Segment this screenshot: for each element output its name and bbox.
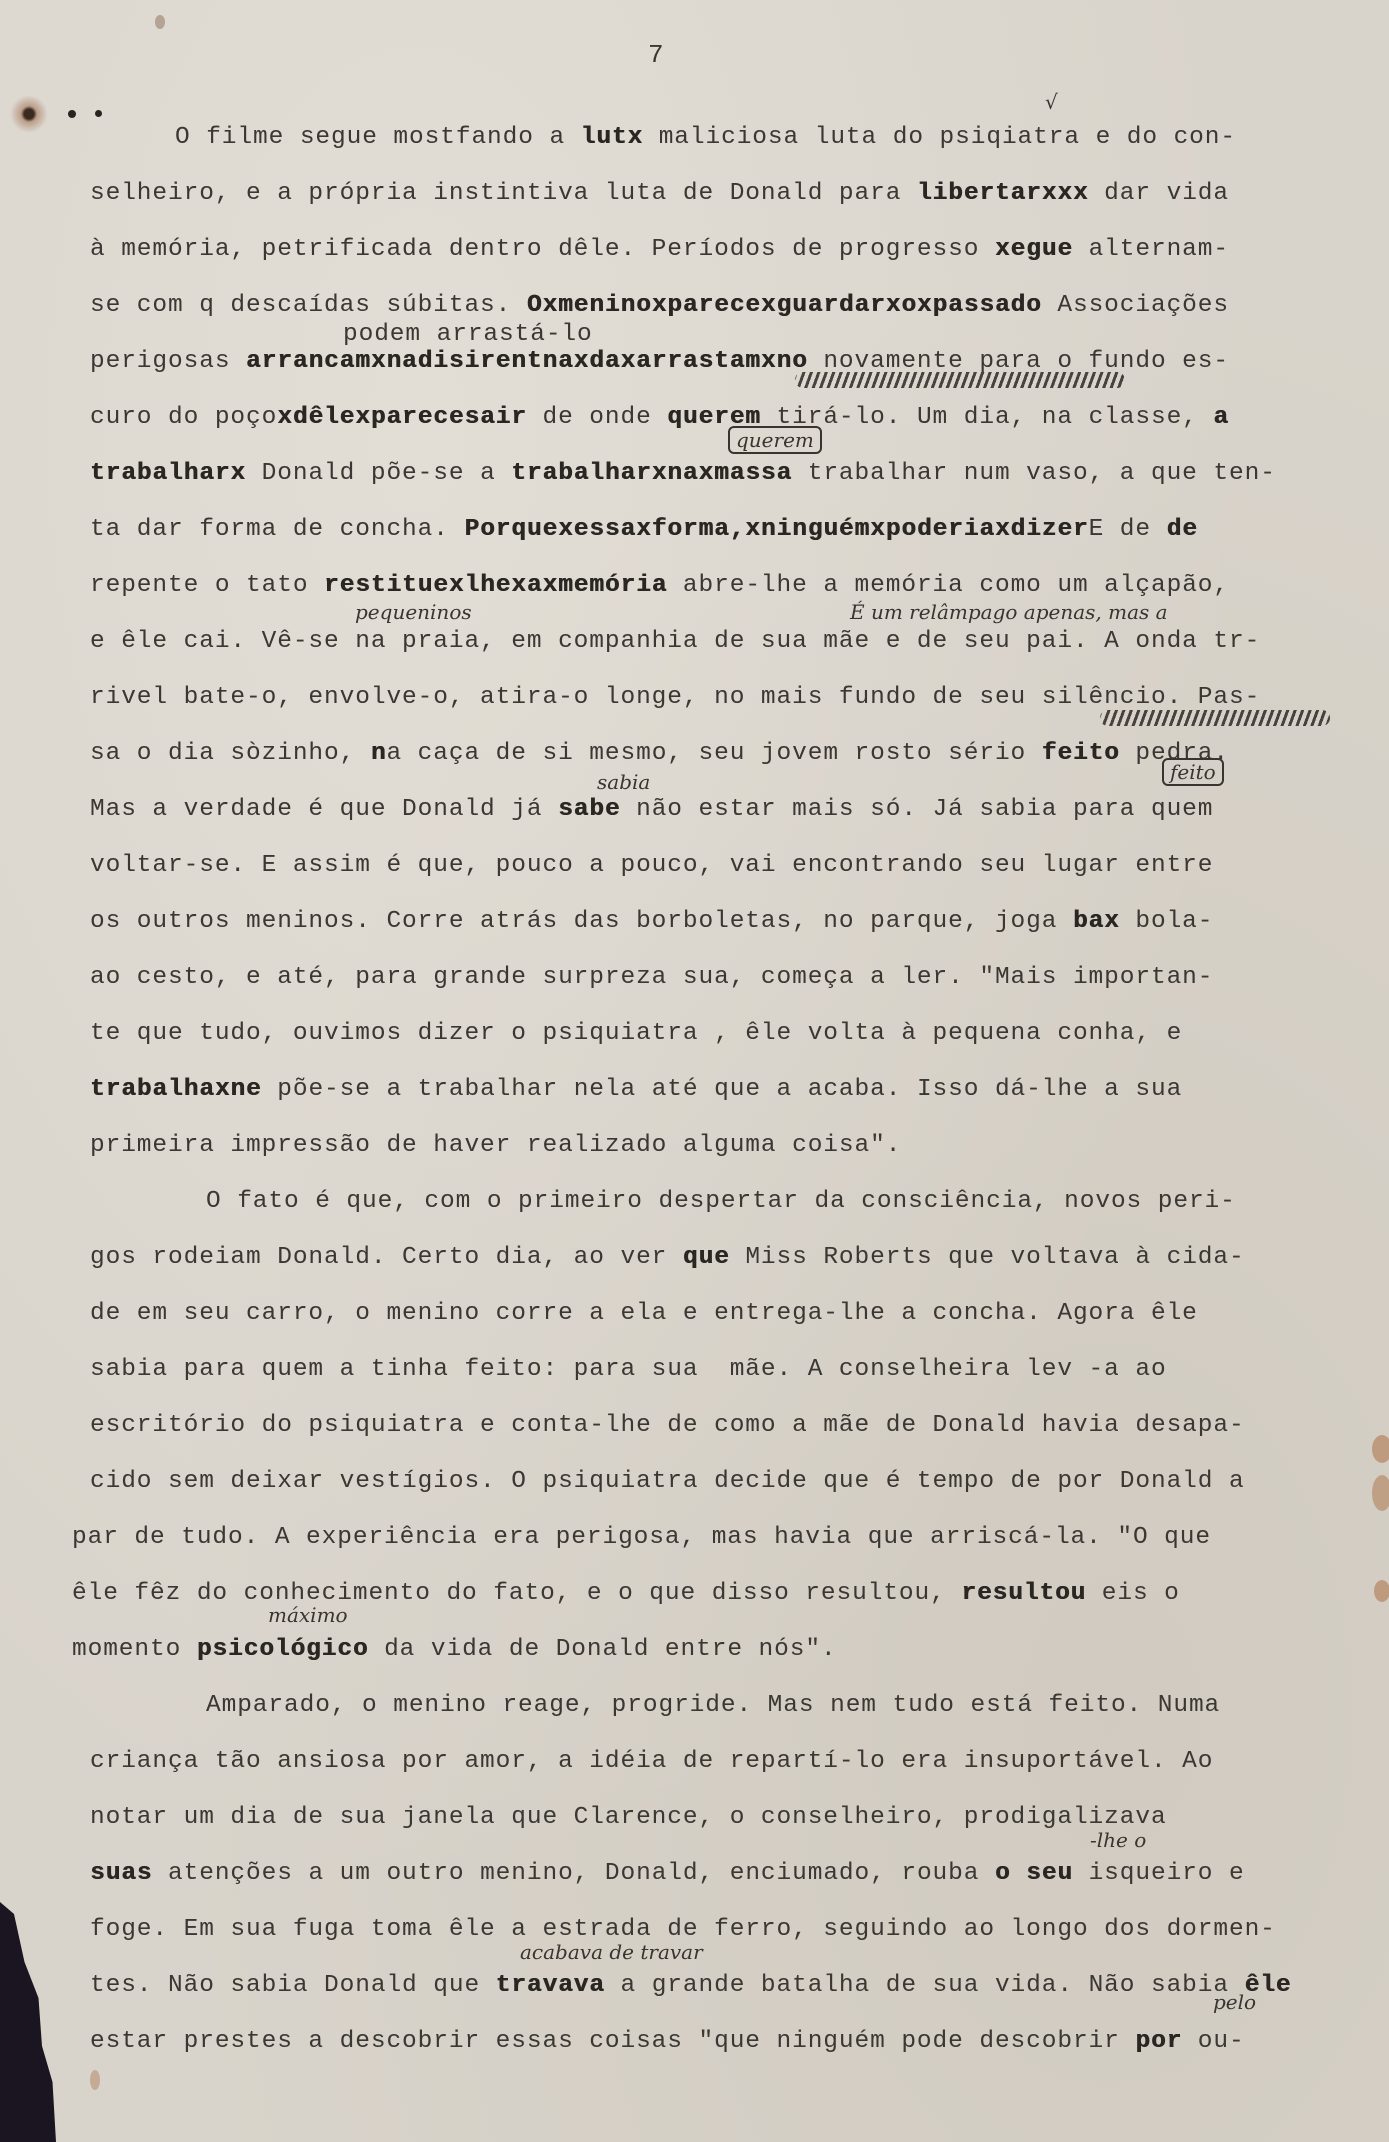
stain-left-top <box>10 95 48 133</box>
stain-right-2 <box>1372 1475 1389 1511</box>
typed-text: bola- <box>1120 908 1214 935</box>
typed-text: par de tudo. A experiência era perigosa,… <box>72 1524 1211 1551</box>
struck-out-text: travava <box>496 1972 605 1999</box>
struck-out-text: trabalhaxne <box>90 1076 262 1103</box>
typed-text: não estar mais só. Já sabia para quem <box>621 796 1214 823</box>
typed-text: atenções a um outro menino, Donald, enci… <box>152 1860 995 1887</box>
page-number: 7 <box>648 40 664 70</box>
handwritten-note: máximo <box>268 1603 348 1627</box>
text-line: notar um dia de sua janela que Clarence,… <box>90 1803 1167 1833</box>
typed-text: momento <box>72 1636 197 1663</box>
typed-text: os outros meninos. Corre atrás das borbo… <box>90 908 1073 935</box>
ink-scribble <box>795 372 1125 388</box>
typed-text: Miss Roberts que voltava à cida- <box>730 1244 1245 1271</box>
typed-text: sa o dia sòzinho, <box>90 740 371 767</box>
typed-text: se com q descaídas súbitas. <box>90 292 527 319</box>
text-line: sabia para quem a tinha feito: para sua … <box>90 1355 1167 1385</box>
text-line: ao cesto, e até, para grande surpreza su… <box>90 963 1213 993</box>
text-line: selheiro, e a própria instintiva luta de… <box>90 179 1229 209</box>
typed-text: estar prestes a descobrir essas coisas "… <box>90 2028 1135 2055</box>
text-line: suas atenções a um outro menino, Donald,… <box>90 1859 1245 1889</box>
struck-out-text: suas <box>90 1860 152 1887</box>
typed-text: Donald põe-se a <box>246 460 511 487</box>
stain-bottom-left <box>90 2070 100 2090</box>
typed-text: a grande batalha de sua vida. Não sabia <box>605 1972 1245 1999</box>
text-line: sa o dia sòzinho, na caça de si mesmo, s… <box>90 739 1229 769</box>
text-line: os outros meninos. Corre atrás das borbo… <box>90 907 1213 937</box>
typed-text: curo do poço <box>90 404 277 431</box>
typed-text: podem arrastá-lo <box>343 321 593 348</box>
text-line: curo do poçoxdêlexparecesair de onde que… <box>90 403 1229 433</box>
handwritten-note: pequeninos <box>355 600 472 624</box>
struck-out-text: trabalharxnaxmassa <box>511 460 792 487</box>
typed-text: ao cesto, e até, para grande surpreza su… <box>90 964 1213 991</box>
typed-text: O fato é que, com o primeiro despertar d… <box>206 1188 1236 1215</box>
punch-dot-1 <box>68 110 76 118</box>
typed-text: sabia para quem a tinha feito: para sua … <box>90 1356 1167 1383</box>
struck-out-text: sabe <box>558 796 620 823</box>
struck-out-text: xegue <box>995 236 1073 263</box>
text-line: à memória, petrificada dentro dêle. Perí… <box>90 235 1229 265</box>
handwritten-note: -lhe o <box>1090 1828 1146 1852</box>
text-line: Amparado, o menino reage, progride. Mas … <box>206 1691 1220 1721</box>
typed-text: êle fêz do conhecimento do fato, e o que… <box>72 1580 961 1607</box>
text-line: O fato é que, com o primeiro despertar d… <box>206 1187 1236 1217</box>
text-line: trabalhaxne põe-se a trabalhar nela até … <box>90 1075 1182 1105</box>
typed-text: selheiro, e a própria instintiva luta de… <box>90 180 917 207</box>
struck-out-text: por <box>1135 2028 1182 2055</box>
typed-text: Amparado, o menino reage, progride. Mas … <box>206 1692 1220 1719</box>
typed-text: cido sem deixar vestígios. O psiquiatra … <box>90 1468 1245 1495</box>
torn-edge-shadow <box>0 1902 70 2142</box>
stain-right-1 <box>1372 1435 1389 1463</box>
text-line: tes. Não sabia Donald que travava a gran… <box>90 1971 1291 2001</box>
struck-out-text: restituexlhexaxmemória <box>324 572 667 599</box>
typed-text: O filme segue mostfando a <box>175 124 581 151</box>
typed-text: voltar-se. E assim é que, pouco a pouco,… <box>90 852 1213 879</box>
typed-text: ta dar forma de concha. <box>90 516 464 543</box>
typed-text: Associações <box>1042 292 1229 319</box>
text-line: gos rodeiam Donald. Certo dia, ao ver qu… <box>90 1243 1245 1273</box>
struck-out-text: a <box>1213 404 1229 431</box>
handwritten-note: pelo <box>1213 1990 1256 2014</box>
struck-out-text: arrancamxnadisirentnaxdaxarrastamxno <box>246 348 808 375</box>
typed-text: eis o <box>1086 1580 1180 1607</box>
typed-text: tirá-lo. Um dia, na classe, <box>761 404 1213 431</box>
text-line: O filme segue mostfando a lutx maliciosa… <box>175 123 1236 153</box>
text-line: trabalharx Donald põe-se a trabalharxnax… <box>90 459 1276 489</box>
typed-text: à memória, petrificada dentro dêle. Perí… <box>90 236 995 263</box>
typed-text: repente o tato <box>90 572 324 599</box>
typed-text: põe-se a trabalhar nela até que a acaba.… <box>262 1076 1183 1103</box>
text-line: ta dar forma de concha. Porquexessaxform… <box>90 515 1198 545</box>
typed-text: primeira impressão de haver realizado al… <box>90 1132 901 1159</box>
text-line: de em seu carro, o menino corre a ela e … <box>90 1299 1198 1329</box>
typed-text: novamente para o fundo es- <box>808 348 1229 375</box>
typed-text: isqueiro e <box>1073 1860 1245 1887</box>
typed-text: alternam- <box>1073 236 1229 263</box>
text-line: rivel bate-o, envolve-o, atira-o longe, … <box>90 683 1260 713</box>
text-line: estar prestes a descobrir essas coisas "… <box>90 2027 1245 2057</box>
stain-top <box>155 15 165 29</box>
handwritten-note: sabia <box>597 770 650 794</box>
handwritten-note: √ <box>1045 90 1058 114</box>
text-line: cido sem deixar vestígios. O psiquiatra … <box>90 1467 1245 1497</box>
struck-out-text: que <box>683 1244 730 1271</box>
text-line: podem arrastá-lo <box>343 320 593 350</box>
typed-text: ou- <box>1182 2028 1244 2055</box>
typed-text: escritório do psiquiatra e conta-lhe de … <box>90 1412 1245 1439</box>
struck-out-text: Oxmeninoxparecexguardarxoxpassado <box>527 292 1042 319</box>
text-line: escritório do psiquiatra e conta-lhe de … <box>90 1411 1245 1441</box>
struck-out-text: libertarxxx <box>917 180 1089 207</box>
stain-right-3 <box>1374 1580 1389 1602</box>
struck-out-text: feito <box>1042 740 1120 767</box>
typed-text: foge. Em sua fuga toma êle a estrada de … <box>90 1916 1276 1943</box>
typed-text: abre-lhe a memória como um alçapão, <box>667 572 1229 599</box>
typed-text: rivel bate-o, envolve-o, atira-o longe, … <box>90 684 1260 711</box>
text-line: voltar-se. E assim é que, pouco a pouco,… <box>90 851 1213 881</box>
typed-text: E de <box>1089 516 1167 543</box>
text-line: par de tudo. A experiência era perigosa,… <box>72 1523 1211 1553</box>
struck-out-text: n <box>371 740 387 767</box>
typed-text: tes. Não sabia Donald que <box>90 1972 496 1999</box>
typed-text: Mas a verdade é que Donald já <box>90 796 558 823</box>
typed-text: maliciosa luta do psiqiatra e do con- <box>643 124 1236 151</box>
typed-text: da vida de Donald entre nós". <box>368 1636 836 1663</box>
typed-text: de onde <box>527 404 667 431</box>
struck-out-text: lutx <box>581 124 643 151</box>
typed-text: criança tão ansiosa por amor, a idéia de… <box>90 1748 1213 1775</box>
typed-text: dar vida <box>1089 180 1229 207</box>
typed-text: notar um dia de sua janela que Clarence,… <box>90 1804 1167 1831</box>
typed-text: te que tudo, ouvimos dizer o psiquiatra … <box>90 1020 1182 1047</box>
struck-out-text: resultou <box>961 1580 1086 1607</box>
text-line: Mas a verdade é que Donald já sabe não e… <box>90 795 1213 825</box>
text-line: te que tudo, ouvimos dizer o psiquiatra … <box>90 1019 1182 1049</box>
typed-text: perigosas <box>90 348 246 375</box>
text-line: se com q descaídas súbitas. Oxmeninoxpar… <box>90 291 1229 321</box>
text-line: momento psicológico da vida de Donald en… <box>72 1635 837 1665</box>
struck-out-text: xdêlexparecesair <box>277 404 527 431</box>
document-page: 7 O filme segue mostfando a lutx malicio… <box>0 0 1389 2142</box>
struck-out-text: bax <box>1073 908 1120 935</box>
struck-out-text: o seu <box>995 1860 1073 1887</box>
typed-text: gos rodeiam Donald. Certo dia, ao ver <box>90 1244 683 1271</box>
text-line: êle fêz do conhecimento do fato, e o que… <box>72 1579 1180 1609</box>
ink-scribble <box>1100 710 1330 726</box>
text-line: primeira impressão de haver realizado al… <box>90 1131 901 1161</box>
text-line: repente o tato restituexlhexaxmemória ab… <box>90 571 1229 601</box>
typed-text: trabalhar num vaso, a que ten- <box>792 460 1276 487</box>
handwritten-note: querem <box>728 426 822 454</box>
text-line: e êle cai. Vê-se na praia, em companhia … <box>90 627 1260 657</box>
handwritten-note: É um relâmpago apenas, mas a <box>850 600 1168 624</box>
struck-out-text: trabalharx <box>90 460 246 487</box>
punch-dot-2 <box>95 110 102 117</box>
text-line: criança tão ansiosa por amor, a idéia de… <box>90 1747 1213 1777</box>
typed-text: de em seu carro, o menino corre a ela e … <box>90 1300 1198 1327</box>
typed-text: e êle cai. Vê-se na praia, em companhia … <box>90 628 1260 655</box>
handwritten-note: feito <box>1162 758 1224 786</box>
struck-out-text: psicológico <box>197 1636 369 1663</box>
struck-out-text: de <box>1167 516 1198 543</box>
handwritten-note: acabava de travar <box>520 1940 703 1964</box>
struck-out-text: Porquexessaxforma,xninguémxpoderiaxdizer <box>464 516 1088 543</box>
typed-text: a caça de si mesmo, seu jovem rosto séri… <box>386 740 1041 767</box>
